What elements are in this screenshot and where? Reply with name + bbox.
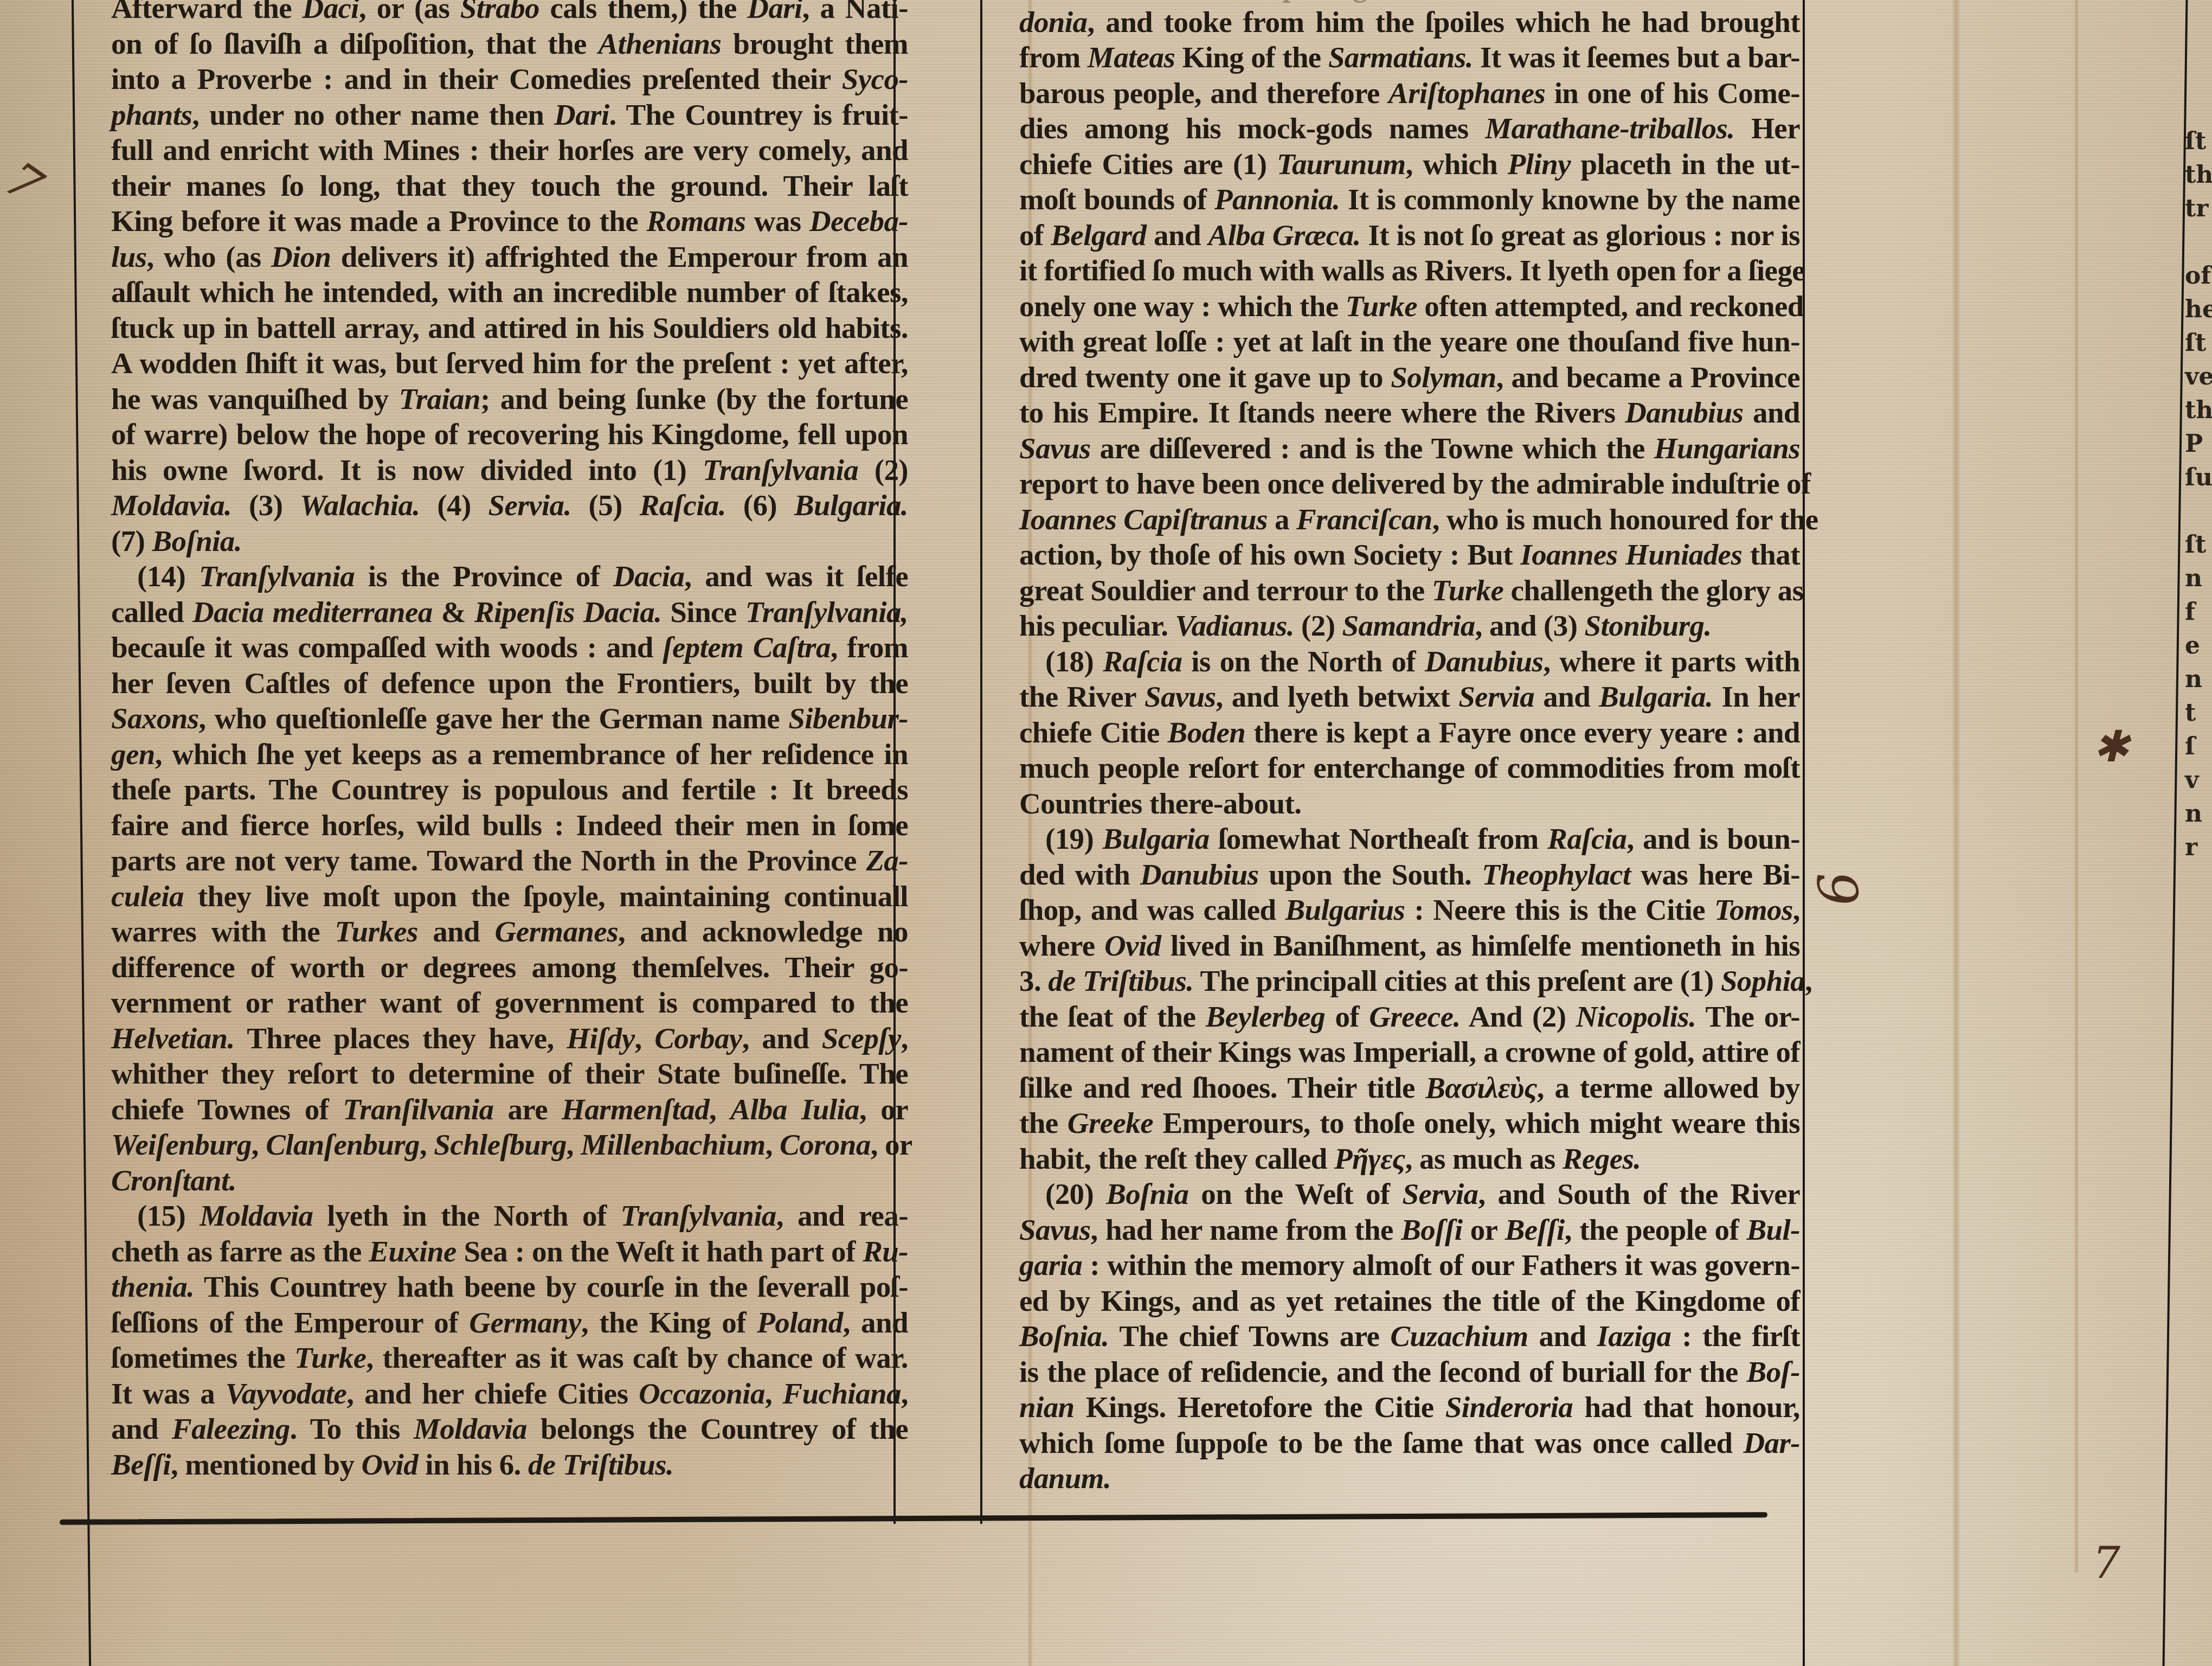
italic-proper-noun: Faleezing	[172, 1412, 290, 1445]
italic-proper-noun: Beylerbeg	[1206, 1000, 1326, 1033]
italic-proper-noun: Ripenſis Dacia.	[474, 595, 661, 629]
text-line: it fortified ſo much with walls as River…	[1019, 253, 1800, 289]
text-line: danum.	[1019, 1460, 1800, 1496]
text-line: theſe parts. The Countrey is populous an…	[111, 772, 908, 808]
handwritten-cross-mark: ✱	[2093, 721, 2129, 772]
italic-proper-noun: Samandria	[1342, 609, 1475, 642]
text-line: their manes ſo long, that they touch the…	[111, 168, 908, 204]
italic-proper-noun: Raſcia	[1103, 645, 1182, 678]
italic-proper-noun: Belgard	[1051, 219, 1146, 252]
text-line: (19) Bulgaria ſomewhat Northeaſt from Ra…	[1019, 821, 1800, 857]
paper-fold-crease	[1952, 0, 1960, 1666]
italic-proper-noun: Ioannes Huniades	[1520, 538, 1742, 571]
italic-proper-noun: Beſſi	[1505, 1213, 1565, 1246]
italic-proper-noun: Alba Iulia	[730, 1093, 859, 1126]
text-line: is the place of reſidencie, and the ſeco…	[1019, 1354, 1800, 1390]
italic-proper-noun: culeia	[111, 880, 184, 913]
cut-off-top-line: …who met with Philip King of Mace-	[1019, 0, 1800, 4]
text-line: dred twenty one it gave up to Solyman, a…	[1019, 360, 1800, 395]
text-line: Weiſenburg, Clanſenburg, Schleſburg, Mil…	[111, 1127, 908, 1163]
text-line: thenia. This Countrey hath beene by cour…	[111, 1269, 908, 1305]
italic-proper-noun: Vayvodate	[226, 1377, 347, 1410]
italic-proper-noun: Raſcia	[1547, 822, 1626, 855]
text-line: much people reſort for enterchange of co…	[1019, 750, 1800, 786]
text-line: nament of their Kings was Imperiall, a c…	[1019, 1034, 1800, 1070]
italic-proper-noun: Tranſylvania	[621, 1199, 776, 1232]
italic-proper-noun: Cronſtant.	[111, 1164, 236, 1197]
italic-proper-noun: Ovid	[362, 1448, 419, 1481]
text-line: action, by thoſe of his own Society : Bu…	[1019, 537, 1800, 573]
italic-proper-noun: Athenians	[598, 27, 721, 60]
italic-proper-noun: Helvetian.	[111, 1022, 235, 1055]
text-line: called Dacia mediterranea & Ripenſis Dac…	[111, 594, 908, 630]
italic-proper-noun: Hungarians	[1654, 432, 1800, 465]
italic-proper-noun: Servia	[1458, 680, 1534, 713]
italic-proper-noun: Savus	[1019, 432, 1091, 465]
text-line: Savus are diſſevered : and is the Towne …	[1019, 431, 1800, 466]
italic-proper-noun: Turke	[1346, 290, 1417, 323]
text-line: Countries there-about.	[1019, 786, 1800, 822]
italic-proper-noun: Ru-	[863, 1235, 908, 1268]
text-line: aſſault which he intended, with an incre…	[111, 274, 908, 310]
italic-proper-noun: Tranſilvania	[343, 1093, 493, 1126]
italic-proper-noun: Traian	[399, 382, 480, 415]
italic-proper-noun: phants	[111, 98, 192, 131]
text-line: ſhop, and was called Bulgarius : Neere t…	[1019, 892, 1800, 928]
italic-proper-noun: Boſnia.	[1019, 1319, 1109, 1353]
handwritten-mark-left: 7	[0, 151, 53, 215]
italic-proper-noun: lus	[111, 240, 146, 273]
text-line: he was vanquiſhed by Traian; and being ſ…	[111, 381, 908, 417]
text-line: his peculiar. Vadianus. (2) Samandria, a…	[1019, 608, 1800, 644]
text-line: Ioannes Capiſtranus a Franciſcan, who is…	[1019, 502, 1800, 537]
italic-proper-noun: Greeke	[1068, 1106, 1153, 1139]
text-line: chiefe Citie Boden there is kept a Fayre…	[1019, 715, 1800, 751]
italic-proper-noun: Franciſcan	[1296, 503, 1432, 536]
text-line: whither they reſort to determine of thei…	[111, 1056, 908, 1092]
italic-proper-noun: Iaziga	[1597, 1319, 1671, 1353]
text-line: A wodden ſhift it was, but ſerved him fo…	[111, 345, 908, 381]
text-line: ſtuck up in battell array, and attired i…	[111, 310, 908, 346]
italic-proper-noun: Strabo	[460, 0, 539, 24]
italic-proper-noun: Bulgarius	[1285, 893, 1405, 926]
text-line: barous people, and therefore Ariſtophane…	[1019, 75, 1800, 111]
italic-proper-noun: Daci	[303, 0, 359, 24]
text-line: culeia they live moſt upon the ſpoyle, m…	[111, 879, 908, 914]
italic-proper-noun: Dacia	[613, 560, 684, 593]
italic-proper-noun: thenia.	[111, 1270, 194, 1303]
italic-proper-noun: Harmenſtad	[562, 1093, 709, 1126]
italic-proper-noun: Bulgaria.	[794, 489, 908, 522]
italic-proper-noun: Taurunum	[1277, 148, 1406, 181]
italic-proper-noun: Servia	[1402, 1177, 1478, 1210]
text-line: onely one way : which the Turke often at…	[1019, 289, 1800, 324]
text-line: (14) Tranſylvania is the Province of Dac…	[111, 559, 908, 594]
italic-proper-noun: Solyman	[1391, 361, 1496, 394]
text-line: which ſome ſuppoſe to be the ſame that w…	[1019, 1425, 1800, 1461]
left-frame-rule	[72, 0, 91, 1666]
handwritten-mark-seven: 7	[2093, 1537, 2120, 1588]
bottom-rule	[60, 1512, 1767, 1525]
text-line: Cronſtant.	[111, 1163, 908, 1199]
italic-proper-noun: Marathane-triballos.	[1485, 112, 1734, 145]
text-line: gen, which ſhe yet keeps as a remembranc…	[111, 736, 908, 772]
italic-proper-noun: Walachia.	[300, 489, 420, 522]
italic-proper-noun: Stoniburg.	[1585, 609, 1712, 642]
text-line: parts are not very tame. Toward the Nort…	[111, 843, 908, 879]
italic-proper-noun: Savus	[1019, 1213, 1091, 1246]
text-line: the ſeat of the Beylerbeg of Greece. And…	[1019, 999, 1800, 1035]
italic-proper-noun: Ρῆγες	[1334, 1142, 1405, 1175]
text-line: her ſeven Caſtles of defence upon the Fr…	[111, 665, 908, 701]
italic-proper-noun: Dari	[747, 0, 802, 24]
text-line: ſilke and red ſhooes. Their title Βασιλε…	[1019, 1070, 1800, 1106]
text-line: donia, and tooke from him the ſpoiles wh…	[1019, 4, 1800, 40]
italic-proper-noun: Dar-	[1743, 1426, 1800, 1459]
italic-proper-noun: gen	[111, 738, 155, 771]
italic-proper-noun: Greece.	[1369, 1000, 1460, 1033]
italic-proper-noun: Moldavia	[414, 1412, 527, 1445]
italic-proper-noun: Boden	[1168, 716, 1246, 749]
far-right-frame-rule	[2163, 0, 2188, 1666]
italic-proper-noun: danum.	[1019, 1462, 1111, 1495]
text-line: Helvetian. Three places they have, Hiſdy…	[111, 1021, 908, 1056]
italic-proper-noun: Hiſdy	[567, 1022, 634, 1055]
italic-proper-noun: nian	[1019, 1391, 1075, 1424]
italic-proper-noun: Weiſenburg	[111, 1128, 252, 1161]
italic-proper-noun: Turkes	[335, 915, 418, 948]
italic-proper-noun: de Triſtibus.	[1048, 964, 1193, 997]
italic-proper-noun: Boſnia	[1106, 1177, 1188, 1210]
italic-proper-noun: Euxine	[369, 1235, 456, 1268]
italic-proper-noun: garia	[1019, 1248, 1082, 1281]
italic-proper-noun: Danubius	[1625, 396, 1743, 429]
right-column-divider	[980, 0, 982, 1524]
italic-proper-noun: Alba Græca.	[1208, 219, 1361, 252]
italic-proper-noun: Sophia	[1721, 964, 1805, 997]
text-line: full and enricht with Mines : their horſ…	[111, 132, 908, 168]
italic-proper-noun: Syco-	[842, 62, 908, 95]
text-line: Afterward the Daci, or (as Strabo cals t…	[111, 0, 908, 26]
italic-proper-noun: Dion	[271, 240, 331, 273]
italic-proper-noun: Ariſtophanes	[1388, 76, 1545, 110]
text-line: ded with Danubius upon the South. Theoph…	[1019, 857, 1800, 893]
italic-proper-noun: Saxons	[111, 702, 198, 735]
italic-proper-noun: Raſcia.	[640, 489, 726, 522]
text-line: phants, under no other name then Dari. T…	[111, 97, 908, 133]
italic-proper-noun: Dari	[554, 98, 609, 131]
italic-proper-noun: Sarmatians.	[1328, 41, 1473, 74]
text-line: (18) Raſcia is on the North of Danubius,…	[1019, 644, 1800, 680]
text-line: ſeſſions of the Emperour of Germany, the…	[111, 1305, 908, 1341]
text-line: ed by Kings, and as yet retaines the tit…	[1019, 1283, 1800, 1319]
text-line: Saxons, who queſtionleſſe gave her the G…	[111, 701, 908, 736]
italic-proper-noun: Moldavia	[200, 1199, 313, 1232]
italic-proper-noun: Tomos	[1714, 893, 1793, 926]
text-line: (20) Boſnia on the Weſt of Servia, and S…	[1019, 1176, 1800, 1212]
left-text-column: Afterward the Daci, or (as Strabo cals t…	[111, 0, 908, 1482]
italic-proper-noun: Clanſenburg	[266, 1128, 420, 1161]
paper-fold-crease	[2074, 0, 2079, 1573]
right-text-column: …who met with Philip King of Mace-donia,…	[1019, 0, 1800, 1496]
text-line: on of ſo ſlaviſh a diſpoſition, that the…	[111, 26, 908, 62]
text-line: great Souldier and terrour to the Turke …	[1019, 573, 1800, 608]
italic-proper-noun: de Triſtibus.	[528, 1448, 673, 1481]
text-line: It was a Vayvodate, and her chiefe Citie…	[111, 1376, 908, 1412]
text-line: with great loſſe : yet at laſt in the ye…	[1019, 324, 1800, 360]
text-line: dies among his mock-gods names Marathane…	[1019, 111, 1800, 146]
text-line: habit, the reſt they called Ρῆγες, as mu…	[1019, 1141, 1800, 1177]
italic-proper-noun: Reges.	[1562, 1142, 1641, 1175]
text-line: where Ovid lived in Baniſhment, as himſe…	[1019, 928, 1800, 964]
text-line: King before it was made a Province to th…	[111, 203, 908, 239]
italic-proper-noun: Corbay	[654, 1022, 742, 1055]
italic-proper-noun: Turke	[1432, 574, 1503, 607]
italic-proper-noun: Bulgaria.	[1599, 680, 1713, 713]
italic-proper-noun: Scepſy	[822, 1022, 901, 1055]
italic-proper-noun: Occazonia	[639, 1377, 765, 1410]
italic-proper-noun: Danubius	[1425, 645, 1543, 678]
text-line: his owne ſword. It is now divided into (…	[111, 452, 908, 488]
italic-proper-noun: Tranſylvania	[703, 453, 858, 486]
italic-proper-noun: Ioannes Capiſtranus	[1019, 503, 1268, 536]
text-line: nian Kings. Heretofore the Citie Sindero…	[1019, 1389, 1800, 1425]
text-line: Beſſi, mentioned by Ovid in his 6. de Tr…	[111, 1447, 908, 1483]
italic-proper-noun: Tranſylvania	[199, 560, 355, 593]
italic-proper-noun: Ovid	[1104, 929, 1161, 962]
italic-proper-noun: Mateas	[1088, 41, 1175, 74]
text-line: difference of worth or degrees among the…	[111, 950, 908, 985]
italic-proper-noun: Turke	[294, 1341, 366, 1374]
italic-proper-noun: Tranſylvania,	[745, 595, 908, 629]
italic-proper-noun: Savus	[1144, 680, 1216, 713]
italic-proper-noun: Pannonia.	[1214, 183, 1340, 216]
italic-proper-noun: Boſnia.	[152, 524, 241, 558]
adjacent-page-fragments: ſt th tr of he ſt ve th P ſu ſt n f e n …	[2185, 125, 2212, 864]
italic-proper-noun: Boſ-	[1747, 1355, 1800, 1388]
text-line: moſt bounds of Pannonia. It is commonly …	[1019, 182, 1800, 217]
text-line: from Mateas King of the Sarmatians. It w…	[1019, 40, 1800, 75]
italic-proper-noun: Za-	[866, 844, 908, 877]
text-line: vernment or rather want of government is…	[111, 985, 908, 1021]
text-line: garia : within the memory almoſt of our …	[1019, 1247, 1800, 1283]
text-line: the Greeke Emperours, to thoſe onely, wh…	[1019, 1105, 1800, 1141]
text-line: ſometimes the Turke, thereafter as it wa…	[111, 1340, 908, 1376]
italic-proper-noun: donia	[1019, 5, 1087, 39]
italic-proper-noun: Theophylact	[1482, 858, 1630, 891]
text-line: the River Savus, and lyeth betwixt Servi…	[1019, 679, 1800, 715]
italic-proper-noun: Bul-	[1747, 1213, 1800, 1246]
italic-proper-noun: Danubius	[1140, 858, 1258, 891]
italic-proper-noun: Schleſburg	[434, 1128, 567, 1161]
text-line: warres with the Turkes and Germanes, and…	[111, 914, 908, 950]
italic-proper-noun: Beſſi	[111, 1448, 171, 1481]
text-line: 3. de Triſtibus. The principall cities a…	[1019, 963, 1800, 999]
text-line: report to have been once delivered by th…	[1019, 466, 1800, 502]
italic-proper-noun: Sinderoria	[1445, 1391, 1573, 1424]
text-line: cheth as farre as the Euxine Sea : on th…	[111, 1234, 908, 1270]
text-line: faire and fierce horſes, wild bulls : In…	[111, 808, 908, 843]
text-line: of Belgard and Alba Græca. It is not ſo …	[1019, 217, 1800, 253]
text-line: Moldavia. (3) Walachia. (4) Servia. (5) …	[111, 488, 908, 523]
italic-proper-noun: Corona	[780, 1128, 871, 1161]
text-line: chiefe Townes of Tranſilvania are Harmen…	[111, 1092, 908, 1127]
text-line: to his Empire. It ſtands neere where the…	[1019, 395, 1800, 431]
italic-proper-noun: Deceba-	[809, 204, 908, 238]
italic-proper-noun: Cuzachium	[1390, 1319, 1528, 1353]
italic-proper-noun: Germanes	[495, 915, 618, 948]
italic-proper-noun: Germany	[469, 1306, 581, 1339]
text-line: and Faleezing. To this Moldavia belongs …	[111, 1411, 908, 1447]
text-line: Savus, had her name from the Boſſi or Be…	[1019, 1212, 1800, 1248]
italic-proper-noun: Poland	[757, 1306, 843, 1339]
italic-proper-noun: Boſſi	[1401, 1213, 1462, 1246]
handwritten-mark-six: 6	[1806, 869, 1872, 909]
text-line: of warre) below the hope of recovering h…	[111, 416, 908, 452]
text-line: chiefe Cities are (1) Taurunum, which Pl…	[1019, 146, 1800, 182]
italic-proper-noun: Bulgaria	[1103, 822, 1210, 855]
italic-proper-noun: Servia.	[488, 489, 571, 522]
italic-proper-noun: Romans	[646, 204, 745, 238]
italic-proper-noun: Dacia mediterranea	[192, 595, 433, 629]
text-line: (15) Moldavia lyeth in the North of Tran…	[111, 1198, 908, 1234]
text-line: becauſe it was compaſſed with woods : an…	[111, 630, 908, 665]
italic-proper-noun: Vadianus.	[1175, 609, 1294, 642]
italic-proper-noun: Moldavia.	[111, 489, 232, 522]
italic-proper-noun: Βασιλεὺς	[1425, 1071, 1537, 1104]
text-line: (7) Boſnia.	[111, 523, 908, 559]
scanned-page: Afterward the Daci, or (as Strabo cals t…	[0, 0, 2212, 1666]
italic-proper-noun: Sibenbur-	[788, 702, 908, 735]
text-line: into a Proverbe : and in their Comedies …	[111, 61, 908, 97]
italic-proper-noun: ſeptem Caſtra	[663, 631, 831, 664]
text-line: lus, who (as Dion delivers it) affrighte…	[111, 239, 908, 275]
italic-proper-noun: Nicopolis.	[1576, 1000, 1696, 1033]
italic-proper-noun: Pliny	[1508, 148, 1571, 181]
italic-proper-noun: Fuchiana	[783, 1377, 901, 1410]
text-line: Boſnia. The chief Towns are Cuzachium an…	[1019, 1318, 1800, 1354]
right-column-frame-rule	[1803, 0, 1805, 1666]
italic-proper-noun: Millenbachium	[581, 1128, 766, 1161]
